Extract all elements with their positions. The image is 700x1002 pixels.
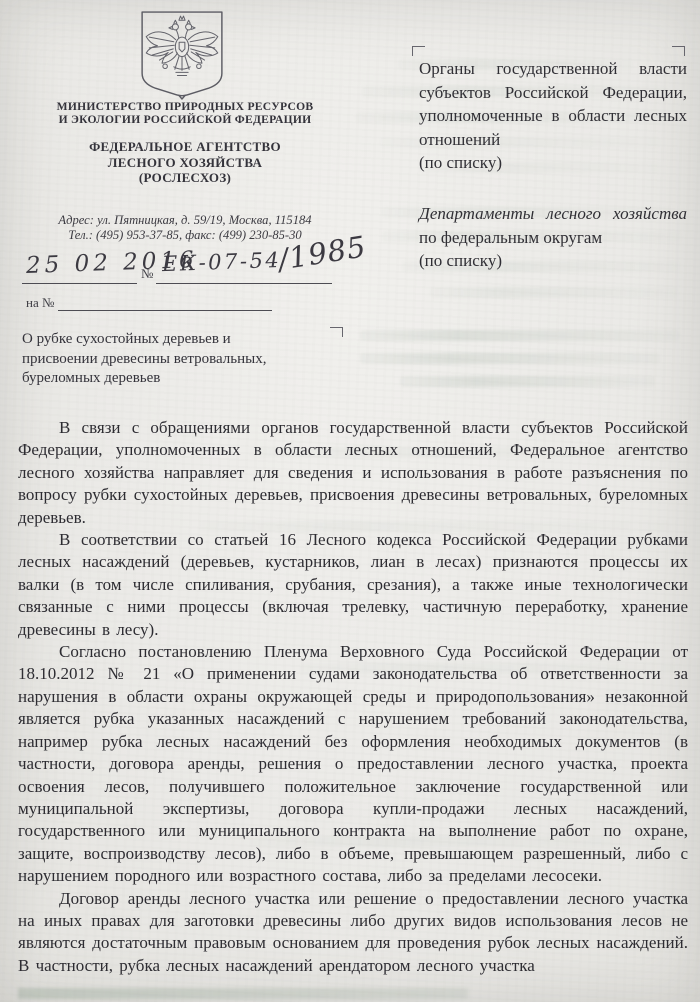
addressee-secondary-line: по федеральным округам [419, 226, 687, 250]
addressee-block: Органы государственной власти субъектов … [419, 57, 687, 273]
addressee-secondary-note: (по списку) [419, 249, 687, 273]
bleedthrough-smudge [360, 330, 680, 341]
letter-subject: О рубке сухостойных деревьев и присвоени… [22, 330, 338, 389]
addressee-corner-mark-left [412, 46, 425, 56]
body-paragraph: В связи с обращениями органов государств… [18, 417, 688, 529]
bleedthrough-smudge [360, 353, 660, 364]
addressee-primary-note: (по списку) [419, 151, 687, 175]
agency-address: Адрес: ул. Пятницкая, д. 59/19, Москва, … [18, 213, 352, 228]
body-paragraph: В соответствии со статьей 16 Лесного код… [18, 529, 688, 641]
double-headed-eagle-icon [139, 10, 225, 100]
bleedthrough-smudge [400, 376, 655, 387]
handwritten-outgoing-number: ЕК-07-54 [162, 248, 282, 276]
ministry-name: МИНИСТЕРСТВО ПРИРОДНЫХ РЕСУРСОВ И ЭКОЛОГ… [18, 100, 352, 127]
number-symbol: № [141, 266, 153, 282]
letterhead-emblem [139, 10, 225, 105]
scanned-letter-page: МИНИСТЕРСТВО ПРИРОДНЫХ РЕСУРСОВ И ЭКОЛОГ… [0, 0, 700, 1002]
agency-name: ФЕДЕРАЛЬНОЕ АГЕНТСТВО ЛЕСНОГО ХОЗЯЙСТВА … [18, 139, 352, 186]
number-underline [156, 283, 332, 284]
date-underline [22, 283, 137, 284]
body-paragraph: Согласно постановлению Пленума Верховног… [18, 641, 688, 887]
reply-to-label: на № [26, 295, 54, 311]
addressee-corner-mark-right [672, 46, 685, 56]
subject-corner-mark [330, 327, 343, 337]
body-paragraph: Договор аренды лесного участка или решен… [18, 888, 688, 978]
reply-underline [58, 310, 272, 311]
letter-body: В связи с обращениями органов государств… [18, 417, 688, 1002]
addressee-secondary-title: Департаменты лесного хозяйства [419, 202, 687, 226]
addressee-secondary: Департаменты лесного хозяйства по федера… [419, 202, 687, 273]
addressee-primary: Органы государственной власти субъектов … [419, 57, 687, 151]
bleedthrough-smudge [430, 287, 678, 298]
